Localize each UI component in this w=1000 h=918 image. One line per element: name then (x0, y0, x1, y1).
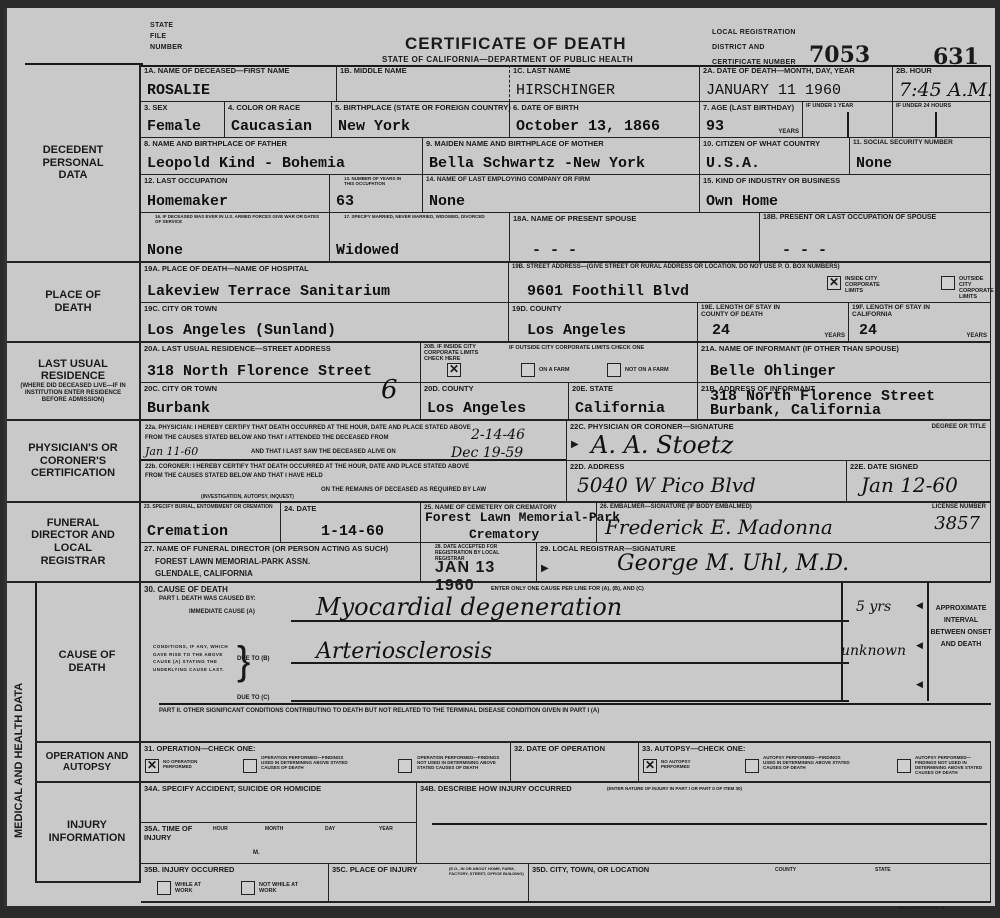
field-spouse: 18a. NAME OF PRESENT SPOUSE - - - (510, 213, 760, 263)
field-operation-date: 32. DATE OF OPERATION (511, 743, 639, 783)
field-local-registrar: 29. LOCAL REGISTRAR—SIGNATURE ▶ George M… (537, 543, 991, 583)
no-operation-checkbox[interactable] (145, 759, 159, 773)
medical-health-label: MEDICAL AND HEALTH DATA (13, 683, 25, 838)
field-residence-state: 20e. STATE California (569, 383, 698, 421)
field-industry: 15. KIND OF INDUSTRY OR BUSINESS Own Hom… (700, 175, 991, 213)
field-employer: 14. NAME OF LAST EMPLOYING COMPANY OR FI… (423, 175, 700, 213)
inside-city-checkbox[interactable] (827, 276, 841, 290)
field-disposition-date: 24. DATE 1-14-60 (281, 503, 421, 543)
field-hour: 2b. HOUR 7:45 A.M. (893, 65, 991, 102)
not-while-at-work-checkbox[interactable] (241, 881, 255, 895)
residence-inside-city-checkbox[interactable] (447, 363, 461, 377)
field-injury-occurred: 35b. INJURY OCCURRED WHILE AT WORK NOT W… (141, 864, 329, 903)
field-death-street: 19b. STREET ADDRESS—(GIVE STREET OR RURA… (509, 263, 991, 303)
operation-used-checkbox[interactable] (243, 759, 257, 773)
field-cemetery: 25. NAME OF CEMETERY OR CREMATORY Forest… (421, 503, 597, 543)
field-accident-type: 34a. SPECIFY ACCIDENT, SUICIDE OR HOMICI… (141, 783, 417, 823)
field-middle-name: 1b. MIDDLE NAME (337, 65, 510, 102)
field-ssn: 11. SOCIAL SECURITY NUMBER None (850, 138, 991, 175)
field-under-1-year: IF UNDER 1 YEAR (803, 102, 893, 138)
arrow-left-icon: ◀ (916, 640, 923, 651)
field-injury-city: 35d. CITY, TOWN, OR LOCATION COUNTY STAT… (529, 864, 991, 903)
field-date-accepted: 28. DATE ACCEPTED FOR REGISTRATION BY LO… (421, 543, 537, 583)
due-to-b: Arteriosclerosis (316, 639, 492, 664)
no-autopsy-checkbox[interactable] (643, 759, 657, 773)
field-birthplace: 5. BIRTHPLACE (STATE OR FOREIGN COUNTRY)… (332, 102, 510, 138)
field-citizen: 10. CITIZEN OF WHAT COUNTRY U.S.A. (700, 138, 850, 175)
field-residence-street: 20a. LAST USUAL RESIDENCE—STREET ADDRESS… (141, 343, 421, 383)
death-certificate: STATE FILE NUMBER CERTIFICATE OF DEATH S… (4, 8, 995, 906)
field-physician-address: 22d. ADDRESS 5040 W Pico Blvd (567, 461, 847, 503)
field-autopsy: 33. AUTOPSY—CHECK ONE: NO AUTOPSY PERFOR… (639, 743, 991, 783)
field-embalmer: 26. EMBALMER—SIGNATURE (IF BODY EMBALMED… (597, 503, 991, 543)
field-death-city: 19c. CITY OR TOWN Los Angeles (Sunland) (141, 303, 509, 343)
arrow-left-icon: ◀ (916, 679, 923, 690)
field-informant-address: 21b. ADDRESS OF INFORMANT 318 North Flor… (698, 383, 991, 421)
field-death-county: 19d. COUNTY Los Angeles (509, 303, 698, 343)
section-physician: PHYSICIAN'S OR CORONER'S CERTIFICATION (7, 421, 141, 503)
field-last-name: 1c. LAST NAME HIRSCHINGER (510, 65, 700, 102)
attended-from: 2-14-46 (471, 427, 525, 443)
outside-city-checkbox[interactable] (941, 276, 955, 290)
field-date-of-birth: 6. DATE OF BIRTH October 13, 1866 (510, 102, 700, 138)
operation-not-used-checkbox[interactable] (398, 759, 412, 773)
arrow-left-icon: ◀ (916, 600, 923, 611)
field-spouse-occupation: 18b. PRESENT OR LAST OCCUPATION OF SPOUS… (760, 213, 991, 263)
on-farm-checkbox[interactable] (521, 363, 535, 377)
section-funeral: FUNERAL DIRECTOR AND LOCAL REGISTRAR (7, 503, 141, 583)
state-file-number-label: STATE FILE NUMBER (150, 20, 183, 53)
field-informant: 21a. NAME OF INFORMANT (IF OTHER THAN SP… (698, 343, 991, 383)
field-father: 8. NAME AND BIRTHPLACE OF FATHER Leopold… (141, 138, 423, 175)
field-injury-place: 35c. PLACE OF INJURY (E.G., IN OR ABOUT … (329, 864, 529, 903)
due-to-b-interval: unknown (841, 643, 906, 659)
arrow-icon: ▶ (571, 439, 579, 450)
field-hospital: 19a. PLACE OF DEATH—NAME OF HOSPITAL Lak… (141, 263, 509, 303)
field-stay-county: 19e. LENGTH OF STAY IN COUNTY OF DEATH 2… (698, 303, 849, 343)
document-subtitle: STATE OF CALIFORNIA—DEPARTMENT OF PUBLIC… (382, 55, 633, 64)
field-residence-county: 20d. COUNTY Los Angeles (421, 383, 569, 421)
field-mother: 9. MAIDEN NAME AND BIRTHPLACE OF MOTHER … (423, 138, 700, 175)
autopsy-not-used-checkbox[interactable] (897, 759, 911, 773)
field-sex: 3. SEX Female (141, 102, 225, 138)
field-date-of-death: 2a. DATE OF DEATH—MONTH, DAY, YEAR JANUA… (700, 65, 893, 102)
field-injury-description: 34b. DESCRIBE HOW INJURY OCCURRED (ENTER… (417, 783, 991, 864)
field-occupation: 12. LAST OCCUPATION Homemaker (141, 175, 330, 213)
field-date-signed: 22e. DATE SIGNED Jan 12-60 (847, 461, 991, 503)
document-title: CERTIFICATE OF DEATH (405, 34, 626, 54)
immediate-interval: 5 yrs (856, 599, 891, 615)
section-last-residence: LAST USUAL RESIDENCE (WHERE DID DECEASED… (7, 343, 141, 421)
field-first-name: 1a. NAME OF DECEASED—FIRST NAME ROSALIE (141, 65, 337, 102)
form-number: Rev. 1-1-56 Form V.S. 11 (899, 905, 945, 910)
margin-mark: 6 (381, 375, 398, 405)
section-decedent: DECEDENT PERSONAL DATA (7, 65, 141, 263)
field-armed-forces: 16. IF DECEASED WAS EVER IN U.S. ARMED F… (141, 213, 330, 263)
immediate-cause: Myocardial degeneration (316, 593, 622, 621)
field-injury-time: 35a. TIME OF INJURY HOUR MONTH DAY YEAR … (141, 823, 417, 864)
field-under-24-hours: IF UNDER 24 HOURS (893, 102, 991, 138)
not-on-farm-checkbox[interactable] (607, 363, 621, 377)
field-race: 4. COLOR OR RACE Caucasian (225, 102, 332, 138)
field-age: 7. AGE (LAST BIRTHDAY) 93 YEARS (700, 102, 803, 138)
field-disposition: 23. SPECIFY BURIAL, ENTOMBMENT OR CREMAT… (141, 503, 281, 543)
field-physician-signature: 22c. PHYSICIAN OR CORONER—SIGNATURE ▶ A.… (567, 421, 991, 461)
field-stay-california: 19f. LENGTH OF STAY IN CALIFORNIA 24 YEA… (849, 303, 991, 343)
field-residence-city-limits: 20b. IF INSIDE CITY CORPORATE LIMITS CHE… (421, 343, 698, 383)
arrow-icon: ▶ (541, 563, 549, 574)
section-operation: OPERATION AND AUTOPSY (35, 743, 141, 783)
field-cause-of-death: 30. CAUSE OF DEATH ENTER ONLY ONE CAUSE … (141, 583, 991, 743)
field-physician-certification: 22a. PHYSICIAN: I HEREBY CERTIFY THAT DE… (141, 421, 567, 503)
field-marital-status: 17. SPECIFY MARRIED, NEVER MARRIED, WIDO… (330, 213, 510, 263)
section-injury: INJURY INFORMATION (35, 783, 141, 883)
attended-to: Jan 11-60 (145, 445, 198, 458)
field-residence-city: 20c. CITY OR TOWN Burbank 6 (141, 383, 421, 421)
field-funeral-director: 27. NAME OF FUNERAL DIRECTOR (OR PERSON … (141, 543, 421, 583)
section-cause: CAUSE OF DEATH (35, 583, 141, 743)
section-place-of-death: PLACE OF DEATH (7, 263, 141, 343)
field-operation: 31. OPERATION—CHECK ONE: NO OPERATION PE… (141, 743, 511, 783)
while-at-work-checkbox[interactable] (157, 881, 171, 895)
field-years-occupation: 13. NUMBER OF YEARS IN THIS OCCUPATION 6… (330, 175, 423, 213)
local-registration-label: LOCAL REGISTRATION DISTRICT AND CERTIFIC… (712, 25, 796, 70)
autopsy-used-checkbox[interactable] (745, 759, 759, 773)
